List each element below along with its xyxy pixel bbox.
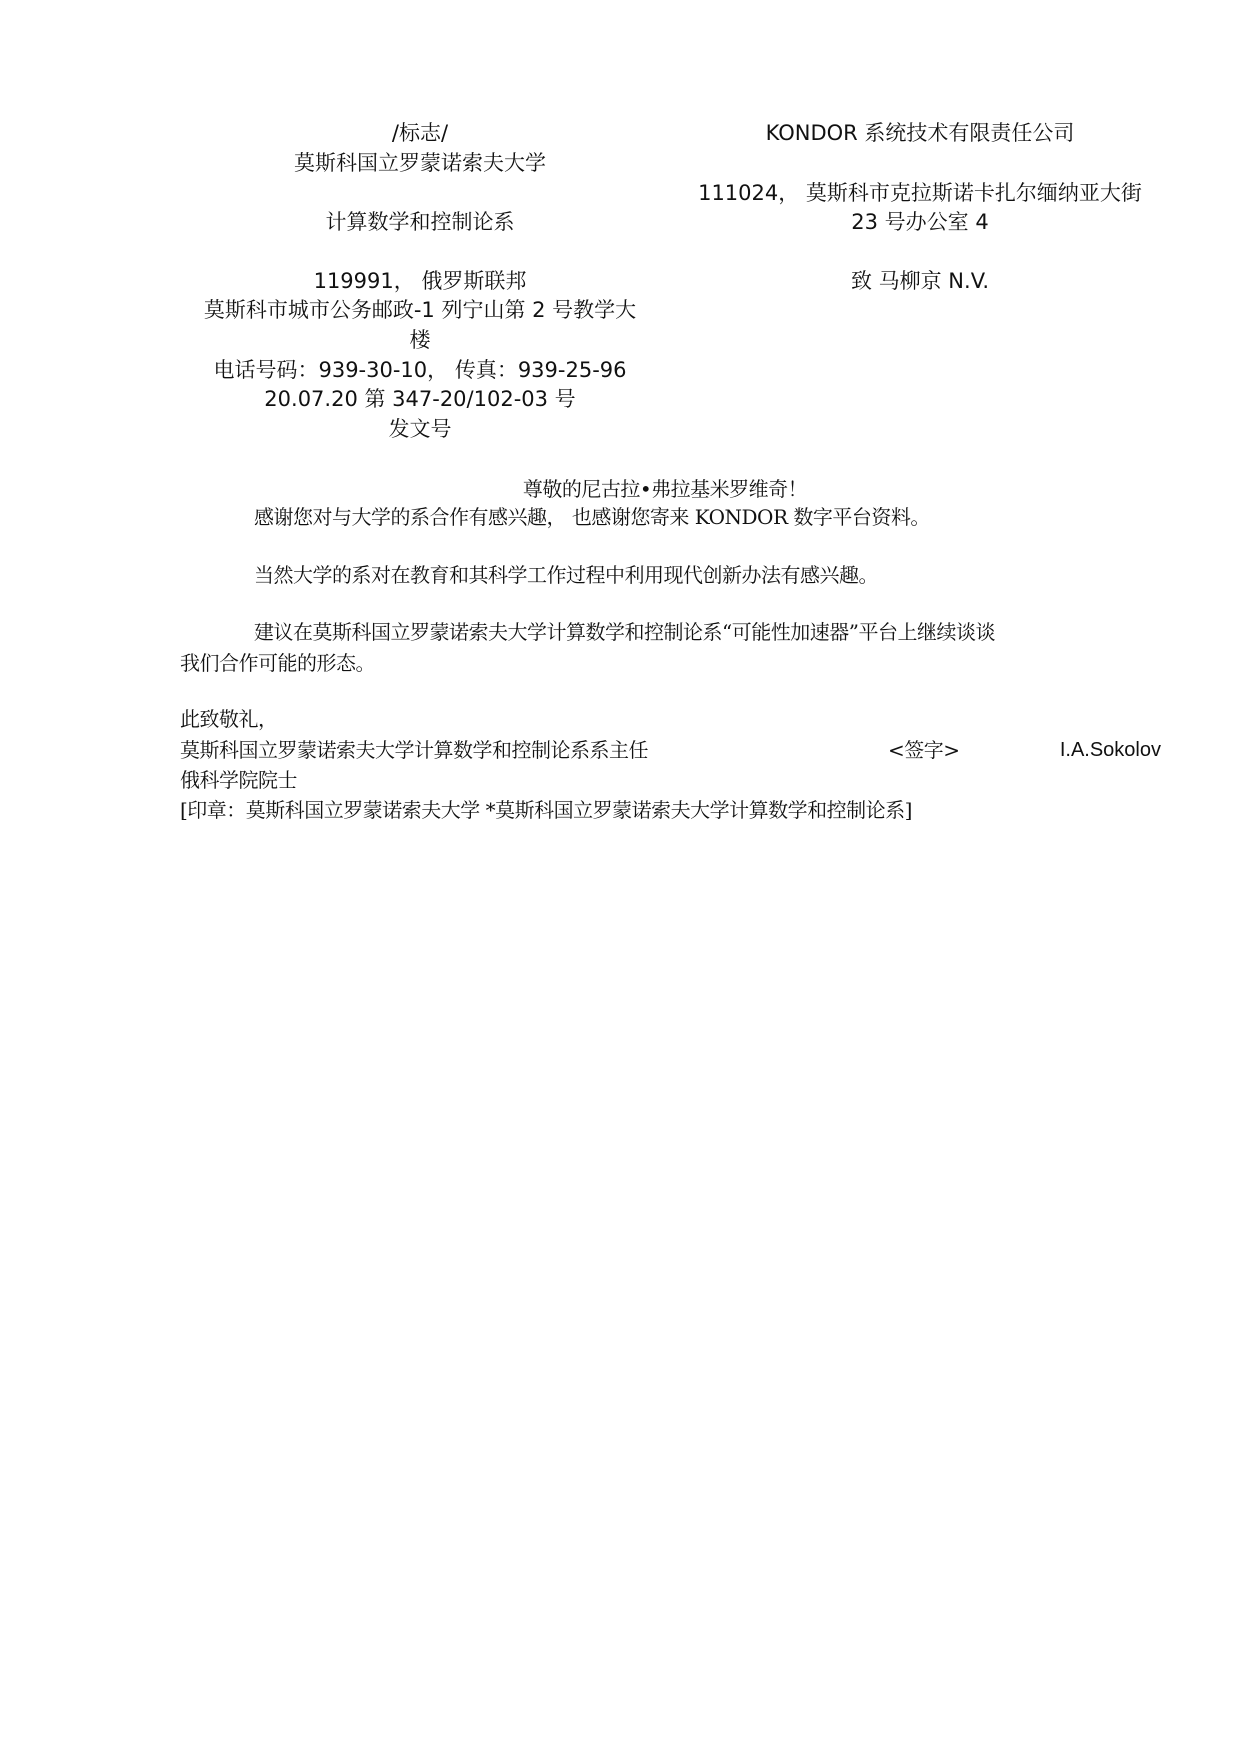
signer-name: I.A.Sokolov	[1060, 735, 1161, 765]
signature-placeholder: <签字>	[888, 735, 960, 765]
sender-department: 计算数学和控制论系	[185, 207, 655, 237]
sender-address-line3: 楼	[185, 325, 655, 355]
recipient-attention: 致 马柳京 N.V.	[680, 266, 1160, 296]
sender-address-line2: 莫斯科市城市公务邮政-1 列宁山第 2 号教学大	[185, 295, 655, 325]
sender-address-line1: 119991， 俄罗斯联邦	[185, 266, 655, 296]
closing: 此致敬礼，	[180, 704, 278, 734]
signer-title: 莫斯科国立罗蒙诺索夫大学计算数学和控制论系系主任	[180, 735, 648, 765]
paragraph-3-line1: 建议在莫斯科国立罗蒙诺索夫大学计算数学和控制论系“可能性加速器”平台上继续谈谈	[254, 617, 995, 647]
stamp-note: [印章：莫斯科国立罗蒙诺索夫大学 *莫斯科国立罗蒙诺索夫大学计算数学和控制论系]	[180, 795, 912, 825]
signature-row: 莫斯科国立罗蒙诺索夫大学计算数学和控制论系系主任 <签字> I.A.Sokolo…	[180, 735, 1161, 765]
paragraph-2: 当然大学的系对在教育和其科学工作过程中利用现代创新办法有感兴趣。	[254, 560, 878, 590]
sender-block: /标志/ 莫斯科国立罗蒙诺索夫大学 计算数学和控制论系 119991， 俄罗斯联…	[185, 0, 655, 460]
logo-placeholder: /标志/	[185, 118, 655, 148]
recipient-address-line1: 111024， 莫斯科市克拉斯诺卡扎尔缅纳亚大街	[680, 178, 1160, 208]
recipient-company: KONDOR 系统技术有限责任公司	[680, 118, 1160, 148]
paragraph-3-line2: 我们合作可能的形态。	[180, 648, 375, 678]
reference-number: 20.07.20 第 347-20/102-03 号	[185, 384, 655, 414]
recipient-block: KONDOR 系统技术有限责任公司 111024， 莫斯科市克拉斯诺卡扎尔缅纳亚…	[680, 0, 1160, 320]
signer-rank: 俄科学院院士	[180, 765, 297, 795]
recipient-address-line2: 23 号办公室 4	[680, 207, 1160, 237]
salutation: 尊敬的尼古拉•弗拉基米罗维奇！	[0, 474, 1240, 504]
sender-phone-fax: 电话号码：939-30-10， 传真：939-25-96	[185, 355, 655, 385]
reference-label: 发文号	[185, 414, 655, 444]
letter-page: /标志/ 莫斯科国立罗蒙诺索夫大学 计算数学和控制论系 119991， 俄罗斯联…	[0, 0, 1240, 1754]
sender-university: 莫斯科国立罗蒙诺索夫大学	[185, 148, 655, 178]
paragraph-1: 感谢您对与大学的系合作有感兴趣， 也感谢您寄来 KONDOR 数字平台资料。	[254, 502, 930, 532]
